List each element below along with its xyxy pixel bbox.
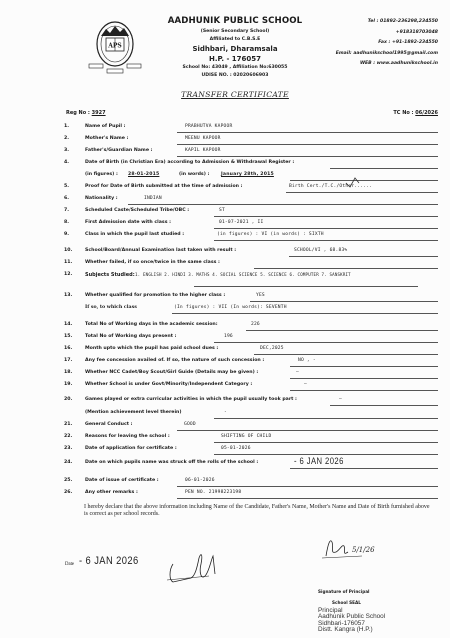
contact-email: Email: aadhunikschool1995@gmail.com [288, 49, 438, 60]
contact-mobile: +918318703048 [288, 28, 438, 39]
school-logo-icon: APS [88, 18, 142, 78]
field-fee-concession: 17. Any fee concession availed of. If so… [64, 358, 438, 368]
field-working-days: 14. Total No of Working days in the acad… [64, 322, 438, 332]
date-label: Date [65, 562, 74, 567]
field-struck-off-date: 24. Date on which pupils name was struck… [64, 460, 438, 474]
tick-mark-icon [345, 176, 363, 188]
contact-web: WEB : www.aadhunikschool.in [288, 59, 438, 70]
reg-label: Reg No : [66, 110, 92, 116]
field-achievement: (Mention achievement level therein) - [64, 410, 438, 420]
contact-tel: Tel : 01892-236298,234550 [288, 17, 438, 28]
field-school-category: 19. Whether School is under Govt/Minorit… [64, 382, 438, 392]
field-dob-proof: 5. Proof for Date of Birth submitted at … [64, 184, 438, 194]
struck-off-date-stamp: - 6 JAN 2026 [294, 456, 344, 466]
pupil-name-value: PRABHUTVA KAPOOR [185, 124, 232, 129]
tc-number: TC No : 06/2026 [393, 110, 438, 116]
field-days-present: 15. Total No of Working days present : 1… [64, 334, 438, 344]
svg-text:APS: APS [107, 43, 122, 50]
date-stamp: - 6 JAN 2026 [79, 555, 139, 567]
field-activities: 20. Games played or extra curricular act… [64, 397, 438, 407]
declaration-text: I hereby declare that the above informat… [84, 504, 434, 518]
field-first-admission: 8. First Admission date with class : 01-… [64, 220, 438, 230]
principal-signature-icon: 5/1/26 [322, 534, 382, 560]
field-subjects: 12. Subjects Studied: 1. ENGLISH 2. HIND… [64, 272, 438, 282]
contact-fax: Fax : +91-1892-234550 [288, 38, 438, 49]
school-seal-label: School SEAL [332, 600, 361, 605]
field-application-date: 23. Date of application for certificate … [64, 446, 438, 456]
school-contact: Tel : 01892-236298,234550 +918318703048 … [288, 17, 438, 70]
field-last-exam: 10. School/Board/Annual Examination last… [64, 248, 438, 258]
field-last-class: 9. Class in which the pupil last studied… [64, 232, 438, 242]
principal-signature-label: Signature of Principal [318, 589, 370, 594]
field-failed: 11. Whether failed, if so once/twice in … [64, 260, 438, 270]
svg-text:5/1/26: 5/1/26 [352, 546, 375, 554]
school-udise: UDISE NO. : 02020606903 [150, 73, 320, 78]
field-dues-paid: 16. Month upto which the pupil has paid … [64, 346, 438, 356]
transfer-certificate-page: APS AADHUNIK PUBLIC SCHOOL (Senior Secon… [0, 0, 450, 638]
field-issue-date: 25. Date of issue of certificate : 06-01… [64, 478, 438, 488]
field-nationality: 6. Nationality : INDIAN [64, 196, 438, 206]
field-dob: (in figures) : 28-01-2015 (in words) : J… [64, 172, 438, 182]
tc-label: TC No : [393, 110, 415, 116]
reg-number: Reg No : 3927 [66, 110, 106, 116]
field-mother-name: 2. Mother's Name : MEENU KAPOOR [64, 136, 438, 146]
field-ncc: 18. Whether NCC Cadet/Boy Scout/Girl Gui… [64, 370, 438, 380]
field-father-name: 3. Father's/Guardian Name : KAPIL KAPOOR [64, 148, 438, 158]
field-conduct: 21. General Conduct : GOOD [64, 422, 438, 432]
tc-value: 06/2026 [415, 110, 438, 116]
field-pupil-name: 1. Name of Pupil : PRABHUTVA KAPOOR [64, 124, 438, 134]
field-category: 7. Scheduled Caste/Scheduled Tribe/OBC :… [64, 208, 438, 218]
field-remarks: 26. Any other remarks : PEN NO. 21998223… [64, 490, 438, 500]
field-promotion-class: If so, to which class (In figures) : VII… [64, 305, 438, 315]
field-promotion: 13. Whether qualified for promotion to t… [64, 293, 438, 303]
document-title: TRANSFER CERTIFICATE [150, 90, 320, 99]
field-leaving-reason: 22. Reasons for leaving the school : SHI… [64, 434, 438, 444]
class-teacher-signature-icon [165, 550, 225, 588]
field-dob-header: 4. Date of Birth (in Christian Era) acco… [64, 160, 438, 170]
reg-value: 3927 [92, 110, 106, 116]
school-seal-stamp: Principal Aadhunik Public School Sidhbar… [318, 608, 385, 634]
